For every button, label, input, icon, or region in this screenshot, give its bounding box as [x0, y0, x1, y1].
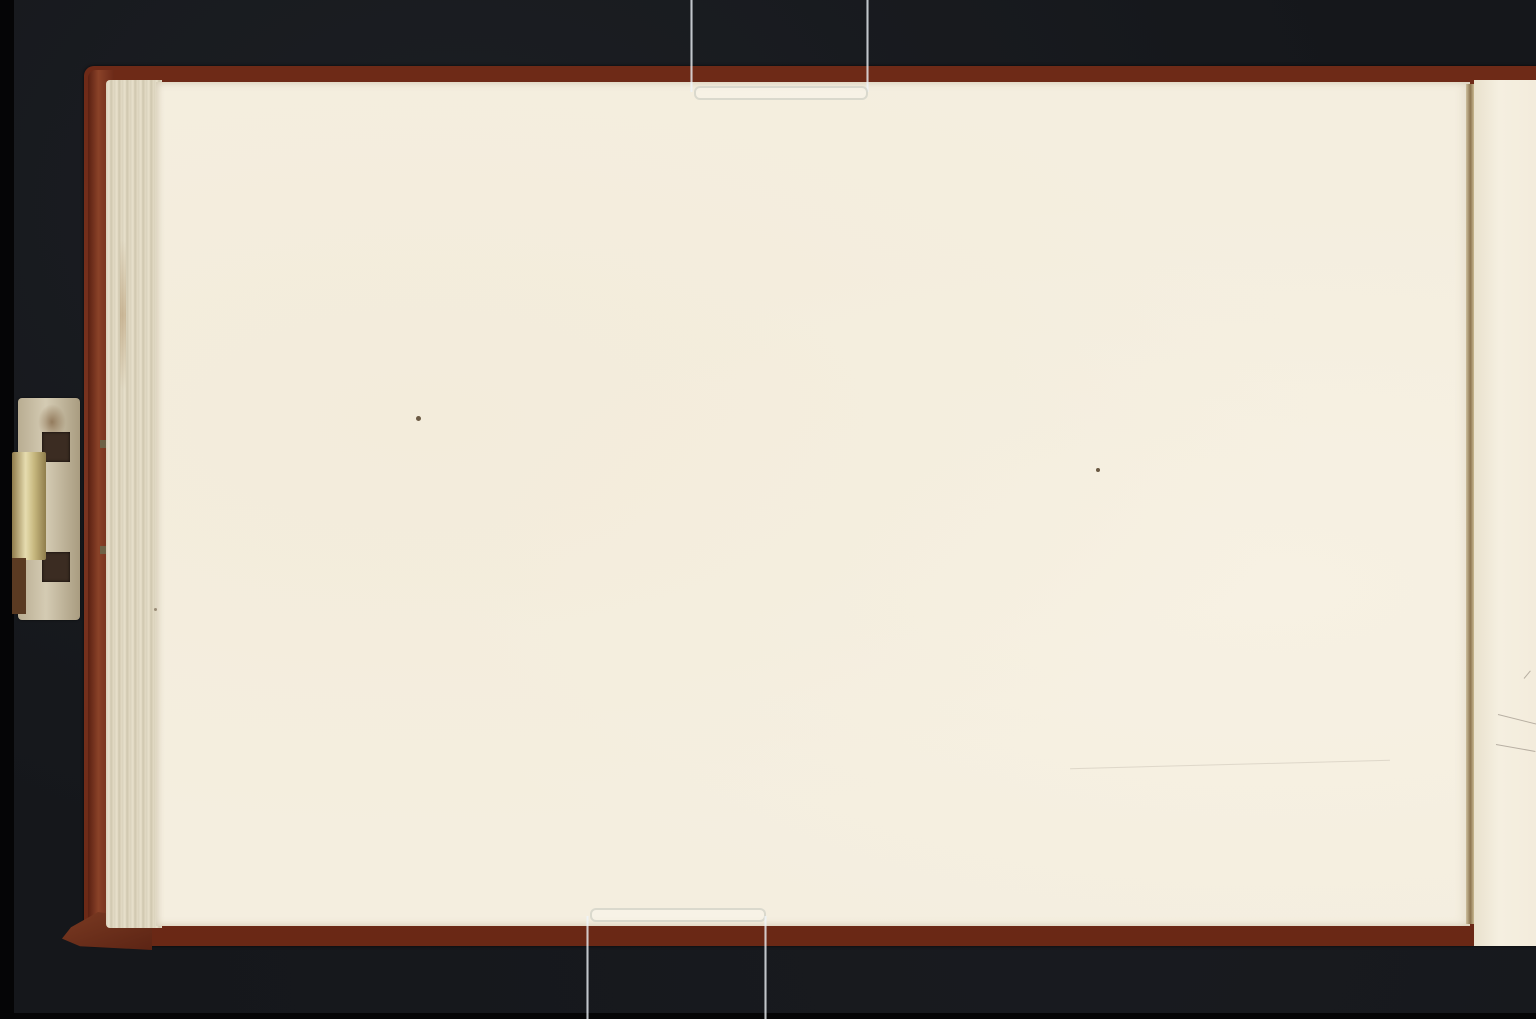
book-clasp: [18, 398, 80, 620]
pencil-mark: [1498, 714, 1536, 725]
clasp-strap: [12, 558, 26, 614]
top-clip-bar: [694, 86, 868, 100]
pencil-mark: [1524, 671, 1531, 679]
right-page: [1474, 80, 1536, 946]
clasp-catch-bottom: [100, 546, 106, 554]
clasp-rivet-bottom: [42, 552, 70, 582]
paper-speck: [1096, 468, 1100, 472]
clasp-rivet-top: [42, 432, 70, 462]
page-edges-stack: [106, 80, 162, 928]
top-clip-right-wire: [866, 0, 869, 92]
paper-speck: [416, 416, 421, 421]
bottom-border: [0, 1013, 1536, 1019]
brass-band: [12, 452, 46, 560]
book-gutter: [1466, 84, 1474, 924]
bottom-clip-right-wire: [764, 916, 767, 1019]
bottom-clip-left-wire: [586, 916, 589, 1019]
pencil-mark: [1496, 744, 1536, 752]
blank-sketchbook-page: [156, 82, 1470, 926]
bottom-clip-bar: [590, 908, 766, 922]
clasp-catch-top: [100, 440, 106, 448]
faint-pencil-stroke: [1070, 760, 1390, 769]
paper-speck: [154, 608, 157, 611]
top-clip-left-wire: [690, 0, 693, 92]
